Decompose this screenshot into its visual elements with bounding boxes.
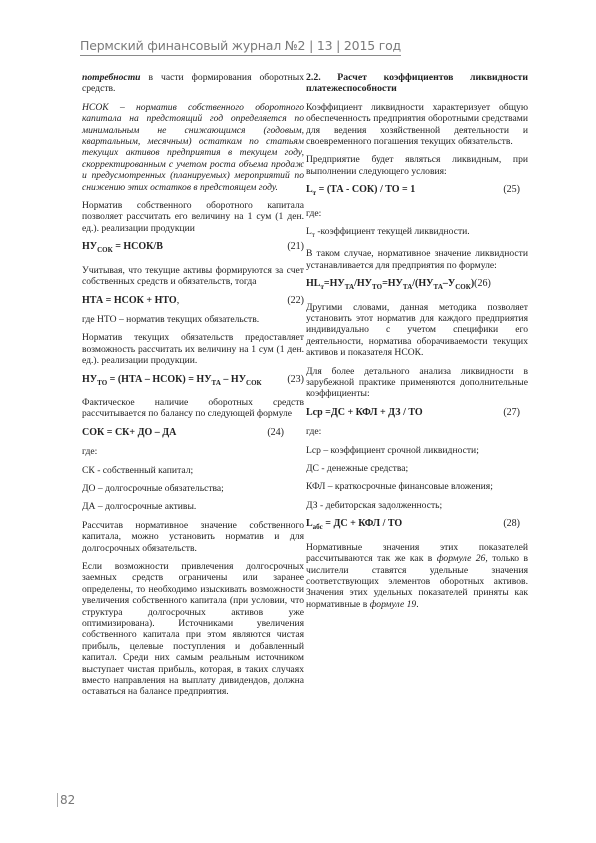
paragraph: Норматив собственного оборотного капитал… bbox=[82, 200, 304, 234]
formula-26: НLт=НУТА/НУТО=НУТА/(НУТА–УСОК) (26) bbox=[306, 278, 528, 293]
paragraph: Предприятие будет являться ликвидным, пр… bbox=[306, 154, 528, 177]
left-column: потребности в части формирования оборотн… bbox=[82, 72, 304, 705]
definition: Lт -коэффициент текущей ликвидности. bbox=[306, 226, 528, 241]
formula-reference: формуле 26, bbox=[437, 553, 488, 564]
formula-23: НУТО = (НТА – НСОК) = НУТА – НУСОК (23) bbox=[82, 374, 304, 389]
paragraph: Другими словами, данная методика позволя… bbox=[306, 302, 528, 359]
where-label: где: bbox=[306, 208, 528, 219]
where-label: где: bbox=[82, 446, 304, 457]
definition: Lср – коэффициент срочной ликвидности; bbox=[306, 445, 528, 456]
formula-reference: формуле 19 bbox=[370, 599, 417, 610]
paragraph: Фактическое наличие оборотных средств ра… bbox=[82, 397, 304, 420]
formula-24: СОК = СК+ ДО – ДА (24) bbox=[82, 427, 304, 438]
paragraph: Если возможности привлечения долгосрочны… bbox=[82, 561, 304, 698]
paragraph: В таком случае, нормативное значение лик… bbox=[306, 248, 528, 271]
page-number: 82 bbox=[57, 793, 75, 807]
paragraph: Норматив текущих обязательств предоставл… bbox=[82, 332, 304, 366]
paragraph: Коэффициент ликвидности характеризует об… bbox=[306, 102, 528, 148]
paragraph: где НТО – норматив текущих обязательств. bbox=[82, 314, 304, 325]
journal-header: Пермский финансовый журнал №2 | 13 | 201… bbox=[80, 38, 401, 56]
formula-25: Lт = (ТА - СОК) / ТО = 1 (25) bbox=[306, 184, 528, 199]
paragraph: Рассчитав нормативное значение собственн… bbox=[82, 520, 304, 554]
definition: СК - собственный капитал; bbox=[82, 465, 304, 476]
definition: ДЗ - дебиторская задолженность; bbox=[306, 500, 528, 511]
definition: ДА – долгосрочные активы. bbox=[82, 501, 304, 512]
section-heading: 2.2. Расчет коэффициентов ликвидности пл… bbox=[306, 72, 528, 95]
formula-22: НТА = НСОК + НТО, (22) bbox=[82, 295, 304, 306]
paragraph: потребности в части формирования оборотн… bbox=[82, 72, 304, 95]
formula-27: Lср =ДС + КФЛ + ДЗ / ТО (27) bbox=[306, 407, 528, 418]
paragraph: Учитывая, что текущие активы формируются… bbox=[82, 265, 304, 288]
formula-21: НУСОК = НСОК/В (21) bbox=[82, 241, 304, 256]
definition: КФЛ – краткосрочные финансовые вложения; bbox=[306, 481, 528, 492]
nsok-definition: НСОК – норматив собственного оборотного … bbox=[82, 102, 304, 193]
paragraph: Для более детального анализа ликвидности… bbox=[306, 366, 528, 400]
where-label: где: bbox=[306, 426, 528, 437]
right-column: 2.2. Расчет коэффициентов ликвидности пл… bbox=[306, 72, 528, 617]
paragraph: Нормативные значения этих показателей ра… bbox=[306, 542, 528, 610]
definition: ДС - денежные средства; bbox=[306, 463, 528, 474]
definition: ДО – долгосрочные обязательства; bbox=[82, 483, 304, 494]
formula-28: Lабс = ДС + КФЛ / ТО (28) bbox=[306, 518, 528, 533]
